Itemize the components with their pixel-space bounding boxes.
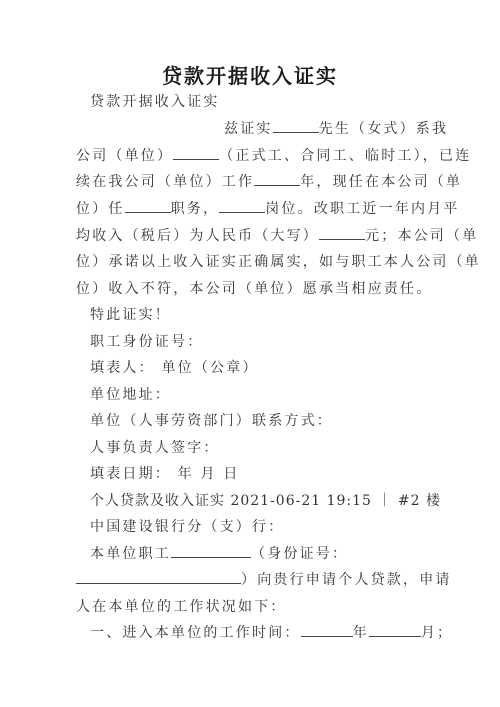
para2-line4: 一、进入本单位的工作时间：年月；	[90, 623, 435, 643]
field-filler: 填表人： 单位（公章）	[90, 358, 435, 378]
blank-id-number	[76, 570, 241, 584]
text: 岗位。改职工近一年内月平	[265, 201, 459, 217]
closing: 特此证实！	[90, 305, 435, 325]
text: 兹证实	[224, 121, 273, 137]
blank-employee	[171, 544, 251, 558]
para1-line6: 位）承诺以上收入证实正确属实，如与职工本人公司（单	[76, 252, 421, 272]
text: （正式工、合同工、临时工），已连	[219, 148, 471, 164]
text: 公司（单位）	[76, 148, 173, 164]
para1-line4: 位）任职务，岗位。改职工近一年内月平	[76, 199, 421, 219]
blank-month	[369, 623, 421, 637]
blank-year	[301, 623, 353, 637]
text: 月；	[421, 625, 453, 641]
para2-line3: 人在本单位的工作状况如下：	[76, 597, 421, 617]
para1-line3: 续在我公司（单位）工作年，现任在本公司（单	[76, 172, 421, 192]
text: 元；本公司（单	[365, 228, 478, 244]
text: 年，现任在本公司（单	[300, 174, 462, 190]
field-signature: 人事负责人签字：	[90, 438, 435, 458]
text: （身份证号：	[251, 546, 348, 562]
para2-line2: ）向贵行申请个人贷款，申请	[76, 570, 421, 590]
blank-name	[273, 119, 319, 133]
field-address: 单位地址：	[90, 385, 435, 405]
field-contact: 单位（人事劳资部门）联系方式：	[90, 411, 435, 431]
blank-duty	[125, 199, 171, 213]
para2-line1: 本单位职工（身份证号：	[90, 544, 435, 564]
field-id-number: 职工身份证号：	[90, 332, 435, 352]
text: 一、进入本单位的工作时间：	[90, 625, 301, 641]
post-header: 个人贷款及收入证实 2021-06-21 19:15 ｜ #2 楼	[90, 491, 435, 511]
blank-post	[219, 199, 265, 213]
subtitle: 贷款开据收入证实	[90, 92, 435, 112]
text: 职务，	[171, 201, 220, 217]
blank-years	[254, 172, 300, 186]
blank-income	[319, 226, 365, 240]
para1-line7: 位）收入不符，本公司（单位）愿承当相应责任。	[76, 279, 421, 299]
blank-employment	[173, 146, 219, 160]
text: 均收入（税后）为人民币（大写）	[76, 228, 319, 244]
para1-line2: 公司（单位）（正式工、合同工、临时工），已连	[76, 146, 421, 166]
text: 先生（女式）系我	[319, 121, 449, 137]
field-date: 填表日期： 年 月 日	[90, 464, 435, 484]
text: ）向贵行申请个人贷款，申请	[241, 572, 452, 588]
text: 位）任	[76, 201, 125, 217]
text: 本单位职工	[90, 546, 171, 562]
para1-line5: 均收入（税后）为人民币（大写）元；本公司（单	[76, 226, 421, 246]
text: 续在我公司（单位）工作	[76, 174, 254, 190]
document-title: 贷款开据收入证实	[0, 60, 500, 89]
para1-line1: 兹证实先生（女式）系我	[224, 119, 500, 139]
text: 年	[353, 625, 369, 641]
bank-line: 中国建设银行分（支）行：	[90, 517, 435, 537]
